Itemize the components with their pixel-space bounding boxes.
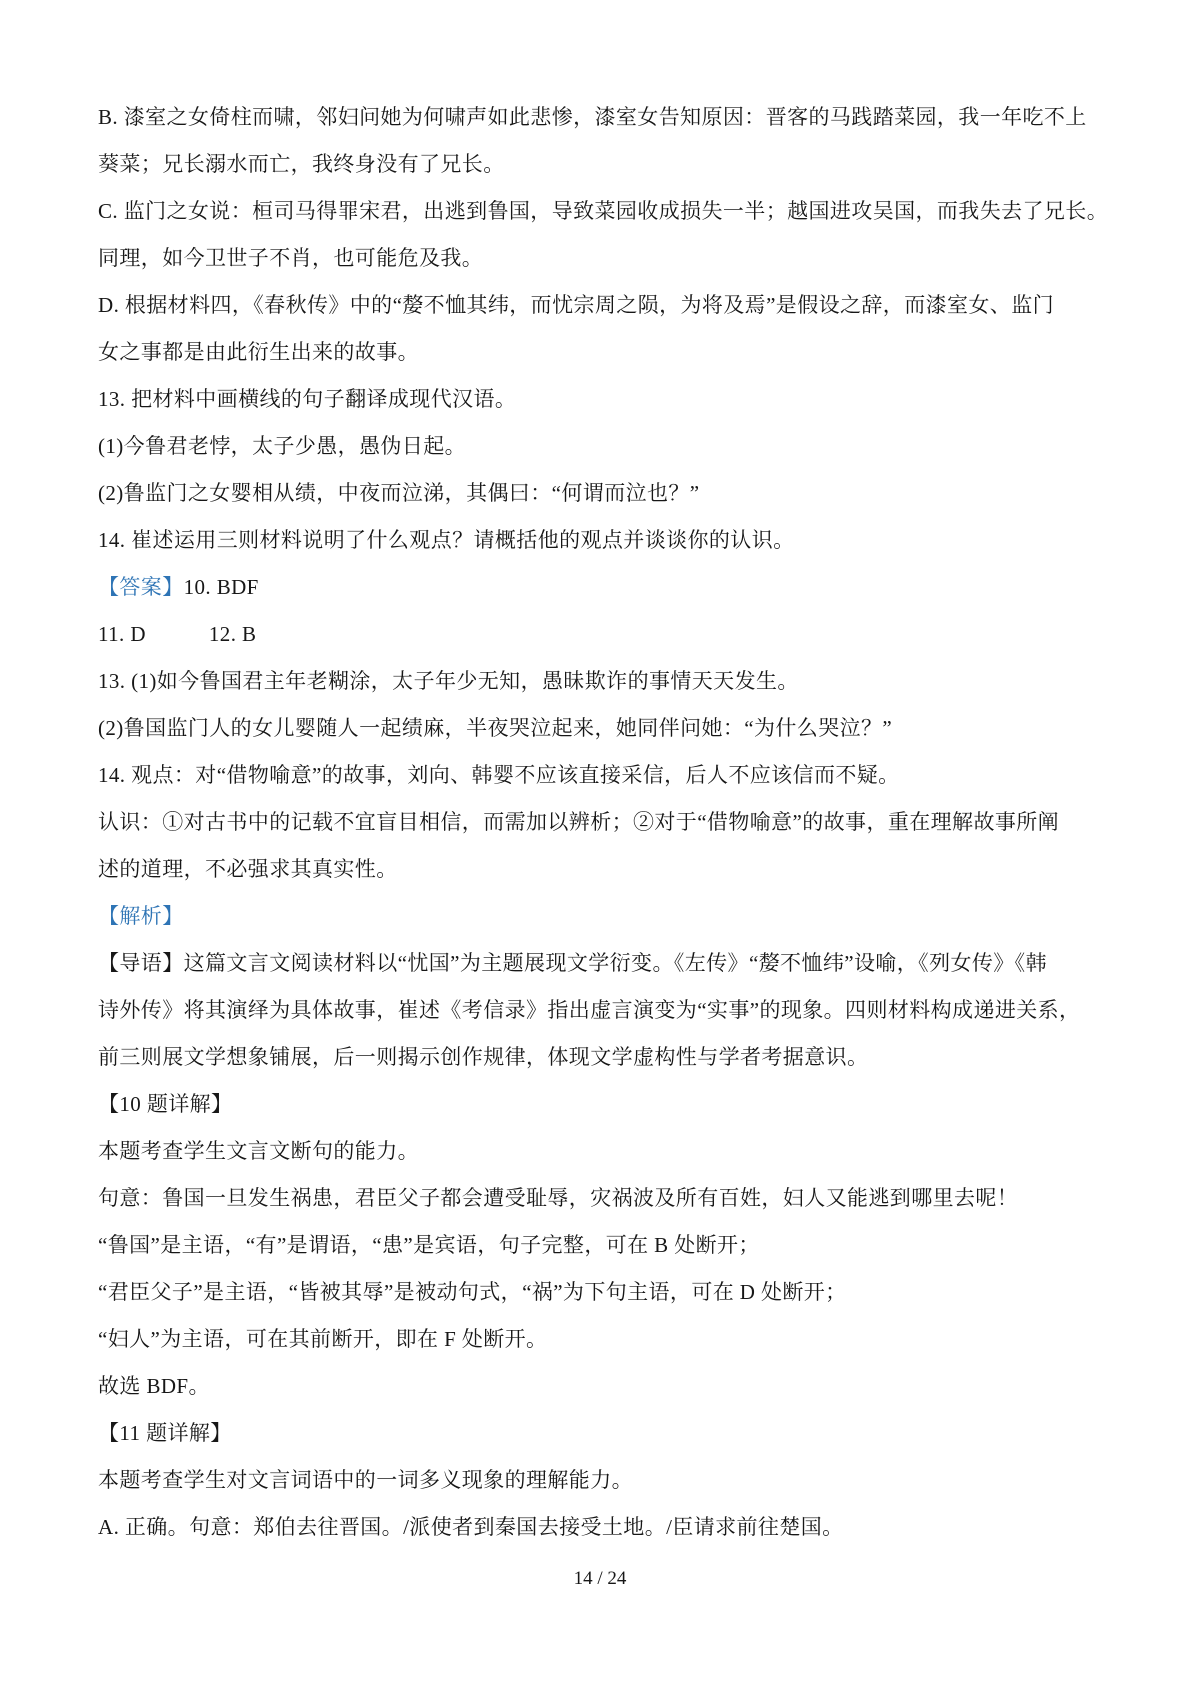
answer-13-line-2: (2)鲁国监门人的女儿婴随人一起绩麻，半夜哭泣起来，她同伴问她：“为什么哭泣？”	[98, 705, 1108, 752]
question-13-sub2: (2)鲁监门之女婴相从绩，中夜而泣涕，其偶曰：“何谓而泣也？”	[98, 470, 1108, 517]
option-b-line-1: B. 漆室之女倚柱而啸，邻妇问她为何啸声如此悲惨，漆室女告知原因：晋客的马践踏菜…	[98, 94, 1108, 141]
option-d-line-1: D. 根据材料四，《春秋传》中的“嫠不恤其纬，而忧宗周之陨，为将及焉”是假设之辞…	[98, 282, 1108, 329]
option-c-line-2: 同理，如今卫世子不肖，也可能危及我。	[98, 235, 1108, 282]
answer-11: 11. D	[98, 622, 146, 646]
detail-q11-line-1: 本题考查学生对文言词语中的一词多义现象的理解能力。	[98, 1457, 1108, 1504]
answer-13-line-1: 13. (1)如今鲁国君主年老糊涂，太子年少无知，愚昧欺诈的事情天天发生。	[98, 658, 1108, 705]
answer-10: 10. BDF	[184, 575, 259, 599]
detail-q10-line-2: 句意：鲁国一旦发生祸患，君臣父子都会遭受耻辱，灾祸波及所有百姓，妇人又能逃到哪里…	[98, 1175, 1108, 1222]
answer-11-12-line: 11. D12. B	[98, 611, 1108, 658]
question-14-stem: 14. 崔述运用三则材料说明了什么观点？请概括他的观点并谈谈你的认识。	[98, 517, 1108, 564]
question-13-sub1: (1)今鲁君老悖，太子少愚，愚伪日起。	[98, 423, 1108, 470]
answer-14-line-3: 述的道理，不必强求其真实性。	[98, 846, 1108, 893]
detail-q10-line-1: 本题考查学生文言文断句的能力。	[98, 1128, 1108, 1175]
detail-q10-line-4: “君臣父子”是主语，“皆被其辱”是被动句式，“祸”为下句主语，可在 D 处断开；	[98, 1269, 1108, 1316]
option-b-line-2: 葵菜；兄长溺水而亡，我终身没有了兄长。	[98, 141, 1108, 188]
option-c-line-1: C. 监门之女说：桓司马得罪宋君，出逃到鲁国，导致菜园收成损失一半；越国进攻吴国…	[98, 188, 1108, 235]
answer-12: 12. B	[209, 622, 257, 646]
page-content: B. 漆室之女倚柱而啸，邻妇问她为何啸声如此悲惨，漆室女告知原因：晋客的马践踏菜…	[98, 94, 1108, 1551]
detail-q10-line-6: 故选 BDF。	[98, 1363, 1108, 1410]
answer-14-line-1: 14. 观点：对“借物喻意”的故事，刘向、韩婴不应该直接采信，后人不应该信而不疑…	[98, 752, 1108, 799]
analysis-label: 【解析】	[98, 904, 184, 928]
analysis-overview-line-1: 【导语】这篇文言文阅读材料以“忧国”为主题展现文学衍变。《左传》“嫠不恤纬”设喻…	[98, 940, 1108, 987]
answer-14-line-2: 认识：①对古书中的记载不宜盲目相信，而需加以辨析；②对于“借物喻意”的故事，重在…	[98, 799, 1108, 846]
option-d-line-2: 女之事都是由此衍生出来的故事。	[98, 329, 1108, 376]
detail-q10-line-3: “鲁国”是主语，“有”是谓语，“患”是宾语，句子完整，可在 B 处断开；	[98, 1222, 1108, 1269]
answer-header-line: 【答案】10. BDF	[98, 564, 1108, 611]
analysis-overview-line-3: 前三则展文学想象铺展，后一则揭示创作规律，体现文学虚构性与学者考据意识。	[98, 1034, 1108, 1081]
analysis-overview-line-2: 诗外传》将其演绎为具体故事，崔述《考信录》指出虚言演变为“实事”的现象。四则材料…	[98, 987, 1108, 1034]
exam-answer-page: B. 漆室之女倚柱而啸，邻妇问她为何啸声如此悲惨，漆室女告知原因：晋客的马践踏菜…	[0, 0, 1200, 1697]
detail-q10-line-5: “妇人”为主语，可在其前断开，即在 F 处断开。	[98, 1316, 1108, 1363]
answer-label: 【答案】	[98, 575, 184, 599]
detail-q11-line-2: A. 正确。句意：郑伯去往晋国。/派使者到秦国去接受土地。/臣请求前往楚国。	[98, 1504, 1108, 1551]
analysis-header-line: 【解析】	[98, 893, 1108, 940]
page-number: 14 / 24	[0, 1565, 1200, 1593]
question-13-stem: 13. 把材料中画横线的句子翻译成现代汉语。	[98, 376, 1108, 423]
detail-q11-header: 【11 题详解】	[98, 1410, 1108, 1457]
detail-q10-header: 【10 题详解】	[98, 1081, 1108, 1128]
